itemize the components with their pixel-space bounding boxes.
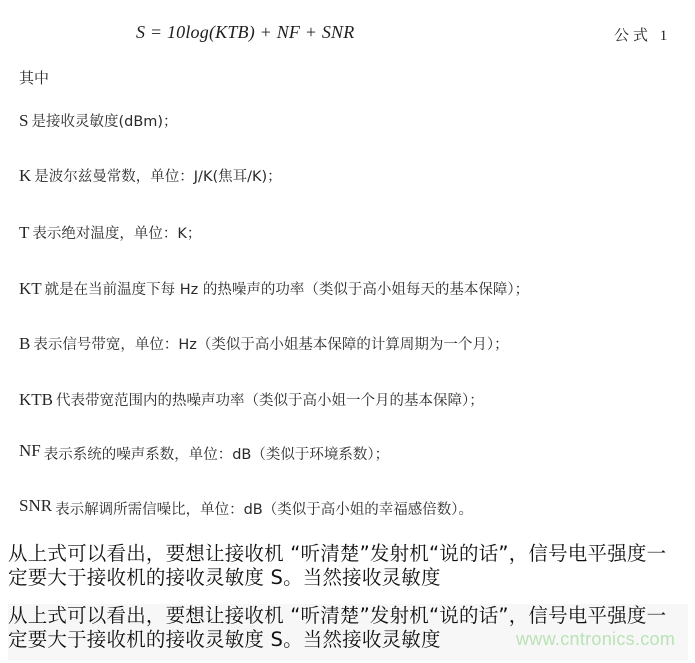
- definition-k: K是波尔兹曼常数，单位：J/K(焦耳/K)；: [19, 165, 282, 186]
- definition-text: 表示信号带宽，单位：Hz（类似于高小姐基本保障的计算周期为一个月）；: [33, 337, 508, 353]
- scanned-formula-image: S = 10log(KTB) + NF + SNR 公式 1 其中 S是接收灵敏…: [0, 0, 695, 530]
- definition-text: 代表带宽范围内的热噪声功率（类似于高小姐一个月的基本保障）；: [56, 393, 484, 409]
- definition-symbol: KTB: [19, 390, 53, 409]
- intro-label: 其中: [19, 67, 49, 88]
- formula-expression: S = 10log(KTB) + NF + SNR: [136, 22, 354, 43]
- definition-text: 是接收灵敏度(dBm)；: [31, 114, 177, 130]
- watermark: www.cntronics.com: [516, 629, 675, 650]
- definition-t: T表示绝对温度，单位：K；: [19, 222, 201, 243]
- definition-ktb: KTB代表带宽范围内的热噪声功率（类似于高小姐一个月的基本保障）；: [19, 389, 484, 410]
- definition-symbol: T: [19, 223, 29, 242]
- definition-text: 就是在当前温度下每 Hz 的热噪声的功率（类似于高小姐每天的基本保障）；: [45, 282, 529, 298]
- definition-symbol: S: [19, 111, 28, 130]
- definition-text: 表示绝对温度，单位：K；: [32, 226, 201, 242]
- definition-symbol: KT: [19, 279, 42, 298]
- paragraph-line: 从上式可以看出，要想让接收机 “听清楚”发射机“说的话”，信号电平强度一: [8, 542, 688, 566]
- definition-symbol: NF: [19, 441, 41, 460]
- definition-symbol: K: [19, 166, 31, 185]
- definition-snr: SNR表示解调所需信噪比，单位：dB（类似于高小姐的幸福感倍数）。: [19, 498, 473, 519]
- definition-s: S是接收灵敏度(dBm)；: [19, 110, 178, 131]
- formula-label: 公式 1: [614, 24, 671, 45]
- paragraph-line: 定要大于接收机的接收灵敏度 S。当然接收灵敏度: [8, 566, 688, 590]
- definition-nf: NF表示系统的噪声系数，单位：dB（类似于环境系数）；: [19, 443, 389, 464]
- definition-kt: KT就是在当前温度下每 Hz 的热噪声的功率（类似于高小姐每天的基本保障）；: [19, 278, 529, 299]
- paragraph-line: 从上式可以看出，要想让接收机 “听清楚”发射机“说的话”，信号电平强度一: [8, 604, 688, 628]
- definition-text: 表示系统的噪声系数，单位：dB（类似于环境系数）；: [44, 447, 389, 463]
- definition-b: B表示信号带宽，单位：Hz（类似于高小姐基本保障的计算周期为一个月）；: [19, 333, 509, 354]
- definition-text: 是波尔兹曼常数，单位：J/K(焦耳/K)；: [34, 169, 281, 185]
- body-paragraph: 从上式可以看出，要想让接收机 “听清楚”发射机“说的话”，信号电平强度一 定要大…: [8, 542, 688, 590]
- definition-symbol: B: [19, 334, 30, 353]
- definition-text: 表示解调所需信噪比，单位：dB（类似于高小姐的幸福感倍数）。: [55, 502, 473, 518]
- definition-symbol: SNR: [19, 496, 52, 515]
